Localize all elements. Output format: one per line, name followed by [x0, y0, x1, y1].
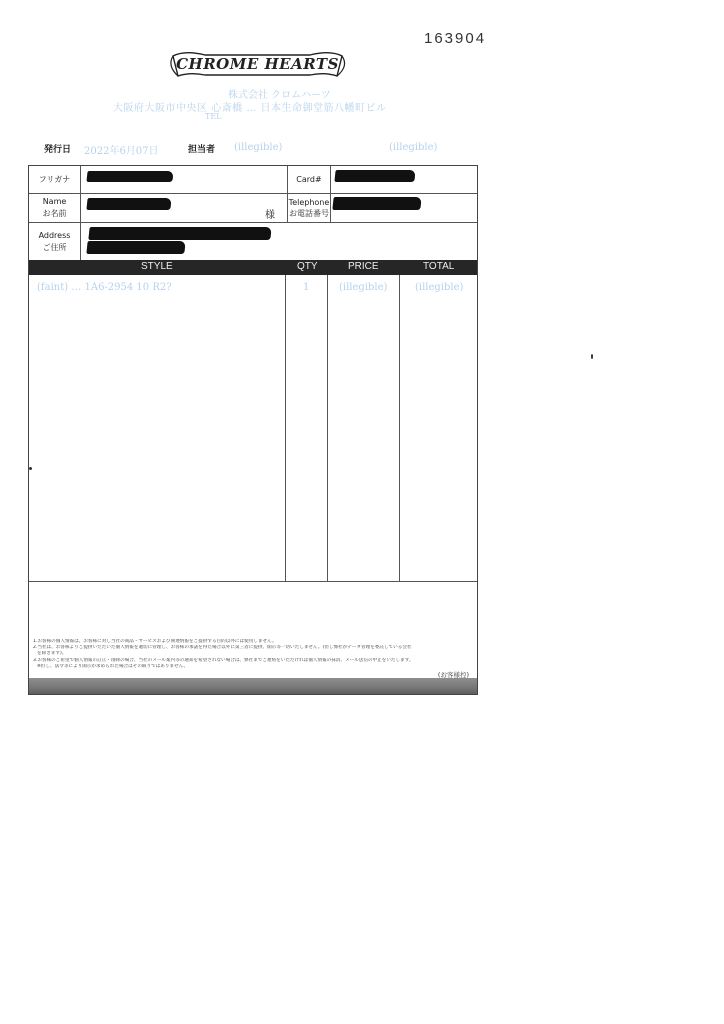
col-header-qty: QTY: [297, 261, 318, 272]
staff-value: (illegible): [234, 142, 282, 153]
name-honorific: 様: [265, 206, 275, 221]
footer-bar: [29, 678, 477, 694]
note-line: 2.当社は、お客様よりご提供いただいた個人情報を適切に管理し、お客様の承諾を得た…: [33, 645, 473, 651]
redacted-card: [334, 170, 415, 182]
scan-speck: [591, 354, 593, 359]
name-label: Name お名前: [29, 194, 81, 222]
staff-label: 担当者: [188, 142, 215, 155]
scan-speck: [29, 467, 32, 470]
address-row: Address ご住所: [29, 223, 477, 260]
note-line: ※但し、法令等により開示が求められた場合はその限りではありません。: [33, 664, 473, 670]
redacted-address-line2: [86, 241, 185, 254]
item-style: (faint) … 1A6-2954 10 R2?: [37, 282, 172, 293]
receipt-form: フリガナ Card# Name お名前 様 Telephone お電話番号 Ad…: [28, 165, 478, 695]
name-row: Name お名前 様 Telephone お電話番号: [29, 194, 477, 223]
redacted-telephone: [332, 197, 421, 210]
issue-date-label: 発行日: [44, 142, 71, 155]
issue-date-value: 2022年6月07日: [84, 142, 159, 157]
company-phone: TEL: [205, 112, 222, 121]
col-header-price: PRICE: [348, 261, 379, 272]
items-bottom-divider: [29, 581, 477, 582]
privacy-notes: 1.お客様の個人情報は、お客様に対し当社の商品・サービスおよび関連情報をご提供す…: [33, 639, 473, 670]
redacted-furigana: [86, 171, 173, 182]
meta-row: 発行日 2022年6月07日 担当者 (illegible) (illegibl…: [44, 142, 474, 158]
note-line: 3.お客様のご希望で個人情報の訂正・削除の場合、当社のメール案内等の通知を希望さ…: [33, 658, 473, 664]
divider-price: [327, 275, 328, 582]
item-total: (illegible): [415, 282, 463, 293]
col-header-style: STYLE: [141, 261, 173, 272]
brand-name: CHROME HEARTS: [165, 55, 350, 73]
items-header: STYLE QTY PRICE TOTAL: [29, 260, 477, 275]
redacted-address-line1: [88, 227, 271, 240]
redacted-name: [86, 198, 171, 210]
card-label: Card#: [287, 166, 331, 193]
customer-info-table: フリガナ Card# Name お名前 様 Telephone お電話番号 Ad…: [29, 166, 477, 260]
meta-right-value: (illegible): [389, 142, 437, 153]
divider-total: [399, 275, 400, 582]
brand-logo: CHROME HEARTS: [165, 46, 350, 84]
address-label: Address ご住所: [29, 223, 81, 260]
company-address: 大阪府大阪市中央区 心斎橋 … 日本生命御堂筋八幡町ビル: [113, 99, 387, 114]
furigana-row: フリガナ Card#: [29, 166, 477, 194]
divider-qty: [285, 275, 286, 582]
item-price: (illegible): [339, 282, 387, 293]
col-header-total: TOTAL: [423, 261, 454, 272]
serial-number: 163904: [424, 30, 486, 47]
furigana-label: フリガナ: [29, 166, 81, 193]
telephone-label: Telephone お電話番号: [287, 194, 331, 222]
item-qty: 1: [303, 282, 309, 293]
